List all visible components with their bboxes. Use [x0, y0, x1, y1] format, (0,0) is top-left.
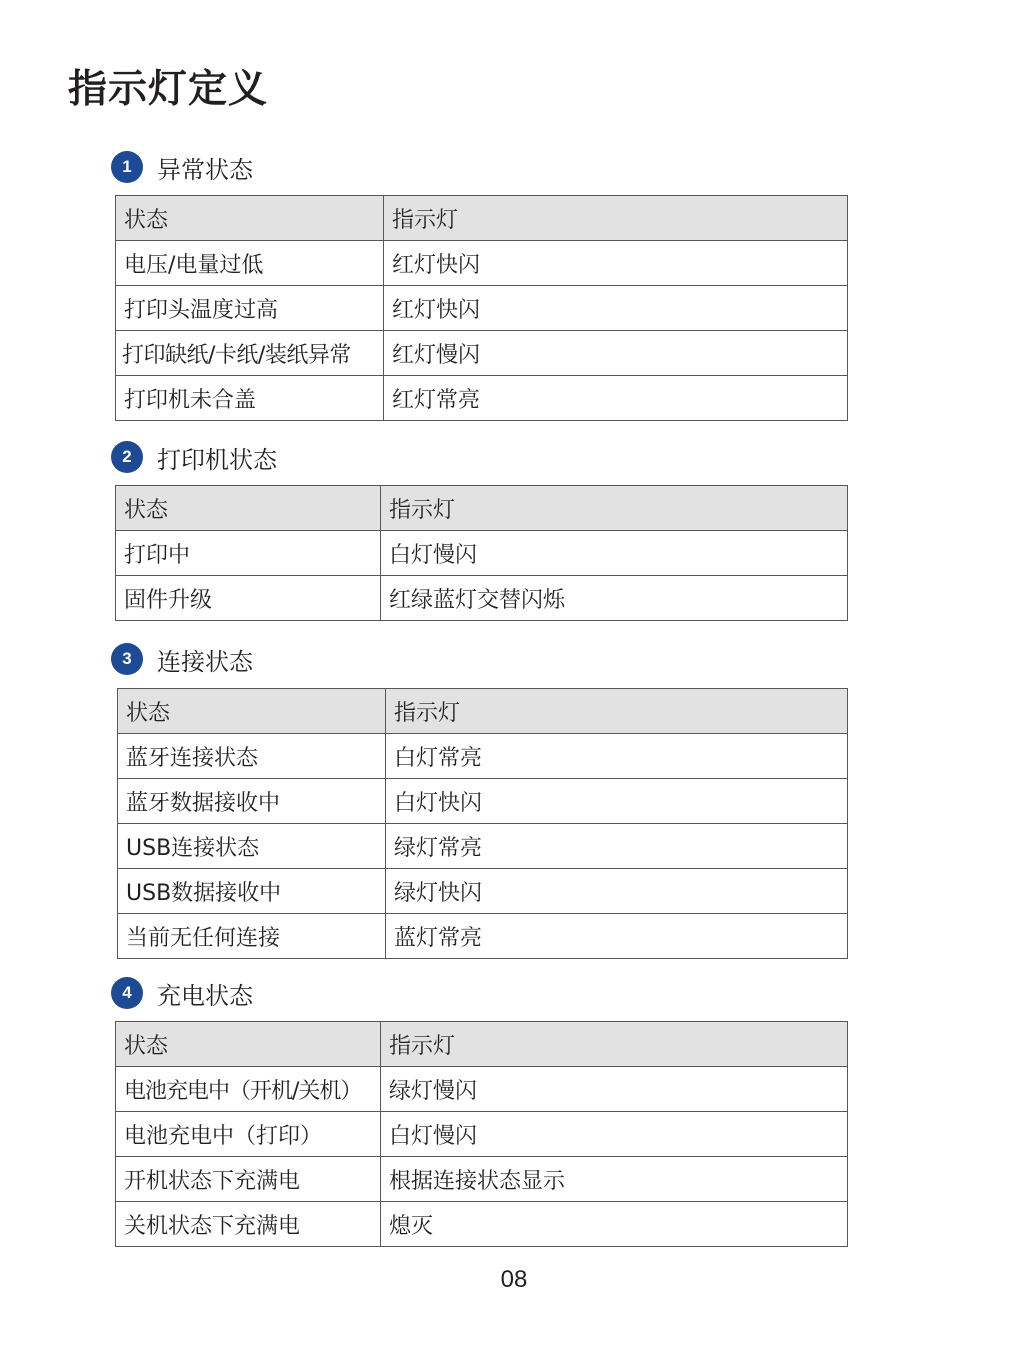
indicator-cell: 绿灯快闪	[386, 869, 848, 914]
indicator-cell: 蓝灯常亮	[386, 914, 848, 959]
table-row: USB连接状态 绿灯常亮	[118, 824, 848, 869]
status-cell: 当前无任何连接	[118, 914, 386, 959]
table-row: 蓝牙数据接收中 白灯快闪	[118, 779, 848, 824]
column-header-status: 状态	[116, 196, 384, 241]
table-row: 当前无任何连接 蓝灯常亮	[118, 914, 848, 959]
section-title: 异常状态	[157, 150, 253, 185]
column-header-status: 状态	[116, 1022, 381, 1067]
page-number: 08	[0, 1266, 1020, 1294]
section-title: 打印机状态	[157, 440, 277, 475]
table-row: 打印头温度过高 红灯快闪	[116, 286, 848, 331]
section-title: 充电状态	[157, 976, 253, 1011]
indicator-cell: 红灯常亮	[384, 376, 848, 421]
status-cell: 电压/电量过低	[116, 241, 384, 286]
indicator-cell: 白灯快闪	[386, 779, 848, 824]
column-header-status: 状态	[116, 486, 381, 531]
status-cell: 蓝牙数据接收中	[118, 779, 386, 824]
printer-status-table: 状态 指示灯 打印中 白灯慢闪 固件升级 红绿蓝灯交替闪烁	[115, 485, 848, 621]
status-cell: USB连接状态	[118, 824, 386, 869]
column-header-indicator: 指示灯	[381, 486, 848, 531]
section-number-badge: 2	[111, 441, 143, 473]
table-row: 开机状态下充满电 根据连接状态显示	[116, 1157, 848, 1202]
table-row: 关机状态下充满电 熄灭	[116, 1202, 848, 1247]
column-header-status: 状态	[118, 689, 386, 734]
table-row: 电池充电中（开机/关机） 绿灯慢闪	[116, 1067, 848, 1112]
table-row: 固件升级 红绿蓝灯交替闪烁	[116, 576, 848, 621]
status-cell: 电池充电中（开机/关机）	[116, 1067, 381, 1112]
status-cell: 打印机未合盖	[116, 376, 384, 421]
indicator-cell: 白灯常亮	[386, 734, 848, 779]
indicator-cell: 熄灭	[381, 1202, 848, 1247]
page-title: 指示灯定义	[68, 58, 268, 114]
section-heading-abnormal-status: 1 异常状态	[111, 150, 253, 184]
indicator-cell: 红绿蓝灯交替闪烁	[381, 576, 848, 621]
section-number-badge: 1	[111, 151, 143, 183]
status-cell: 关机状态下充满电	[116, 1202, 381, 1247]
status-cell: 电池充电中（打印）	[116, 1112, 381, 1157]
status-cell: 固件升级	[116, 576, 381, 621]
section-title: 连接状态	[157, 642, 253, 677]
status-cell: 打印中	[116, 531, 381, 576]
section-number-badge: 4	[111, 977, 143, 1009]
table-row: 电池充电中（打印） 白灯慢闪	[116, 1112, 848, 1157]
indicator-cell: 绿灯慢闪	[381, 1067, 848, 1112]
table-row: 打印机未合盖 红灯常亮	[116, 376, 848, 421]
table-row: 打印中 白灯慢闪	[116, 531, 848, 576]
indicator-cell: 白灯慢闪	[381, 531, 848, 576]
indicator-cell: 根据连接状态显示	[381, 1157, 848, 1202]
table-header-row: 状态 指示灯	[116, 196, 848, 241]
column-header-indicator: 指示灯	[381, 1022, 848, 1067]
indicator-cell: 绿灯常亮	[386, 824, 848, 869]
table-row: 电压/电量过低 红灯快闪	[116, 241, 848, 286]
indicator-cell: 红灯快闪	[384, 241, 848, 286]
column-header-indicator: 指示灯	[384, 196, 848, 241]
status-cell: USB数据接收中	[118, 869, 386, 914]
table-row: USB数据接收中 绿灯快闪	[118, 869, 848, 914]
status-cell: 开机状态下充满电	[116, 1157, 381, 1202]
status-cell: 蓝牙连接状态	[118, 734, 386, 779]
table-row: 打印缺纸/卡纸/装纸异常 红灯慢闪	[116, 331, 848, 376]
abnormal-status-table: 状态 指示灯 电压/电量过低 红灯快闪 打印头温度过高 红灯快闪 打印缺纸/卡纸…	[115, 195, 848, 421]
table-row: 蓝牙连接状态 白灯常亮	[118, 734, 848, 779]
indicator-cell: 红灯快闪	[384, 286, 848, 331]
section-heading-connection-status: 3 连接状态	[111, 642, 253, 676]
indicator-cell: 白灯慢闪	[381, 1112, 848, 1157]
indicator-cell: 红灯慢闪	[384, 331, 848, 376]
table-header-row: 状态 指示灯	[118, 689, 848, 734]
table-header-row: 状态 指示灯	[116, 1022, 848, 1067]
charging-status-table: 状态 指示灯 电池充电中（开机/关机） 绿灯慢闪 电池充电中（打印） 白灯慢闪 …	[115, 1021, 848, 1247]
connection-status-table: 状态 指示灯 蓝牙连接状态 白灯常亮 蓝牙数据接收中 白灯快闪 USB连接状态 …	[117, 688, 848, 959]
status-cell: 打印缺纸/卡纸/装纸异常	[116, 331, 384, 376]
status-cell: 打印头温度过高	[116, 286, 384, 331]
section-number-badge: 3	[111, 643, 143, 675]
column-header-indicator: 指示灯	[386, 689, 848, 734]
section-heading-printer-status: 2 打印机状态	[111, 440, 277, 474]
section-heading-charging-status: 4 充电状态	[111, 976, 253, 1010]
table-header-row: 状态 指示灯	[116, 486, 848, 531]
